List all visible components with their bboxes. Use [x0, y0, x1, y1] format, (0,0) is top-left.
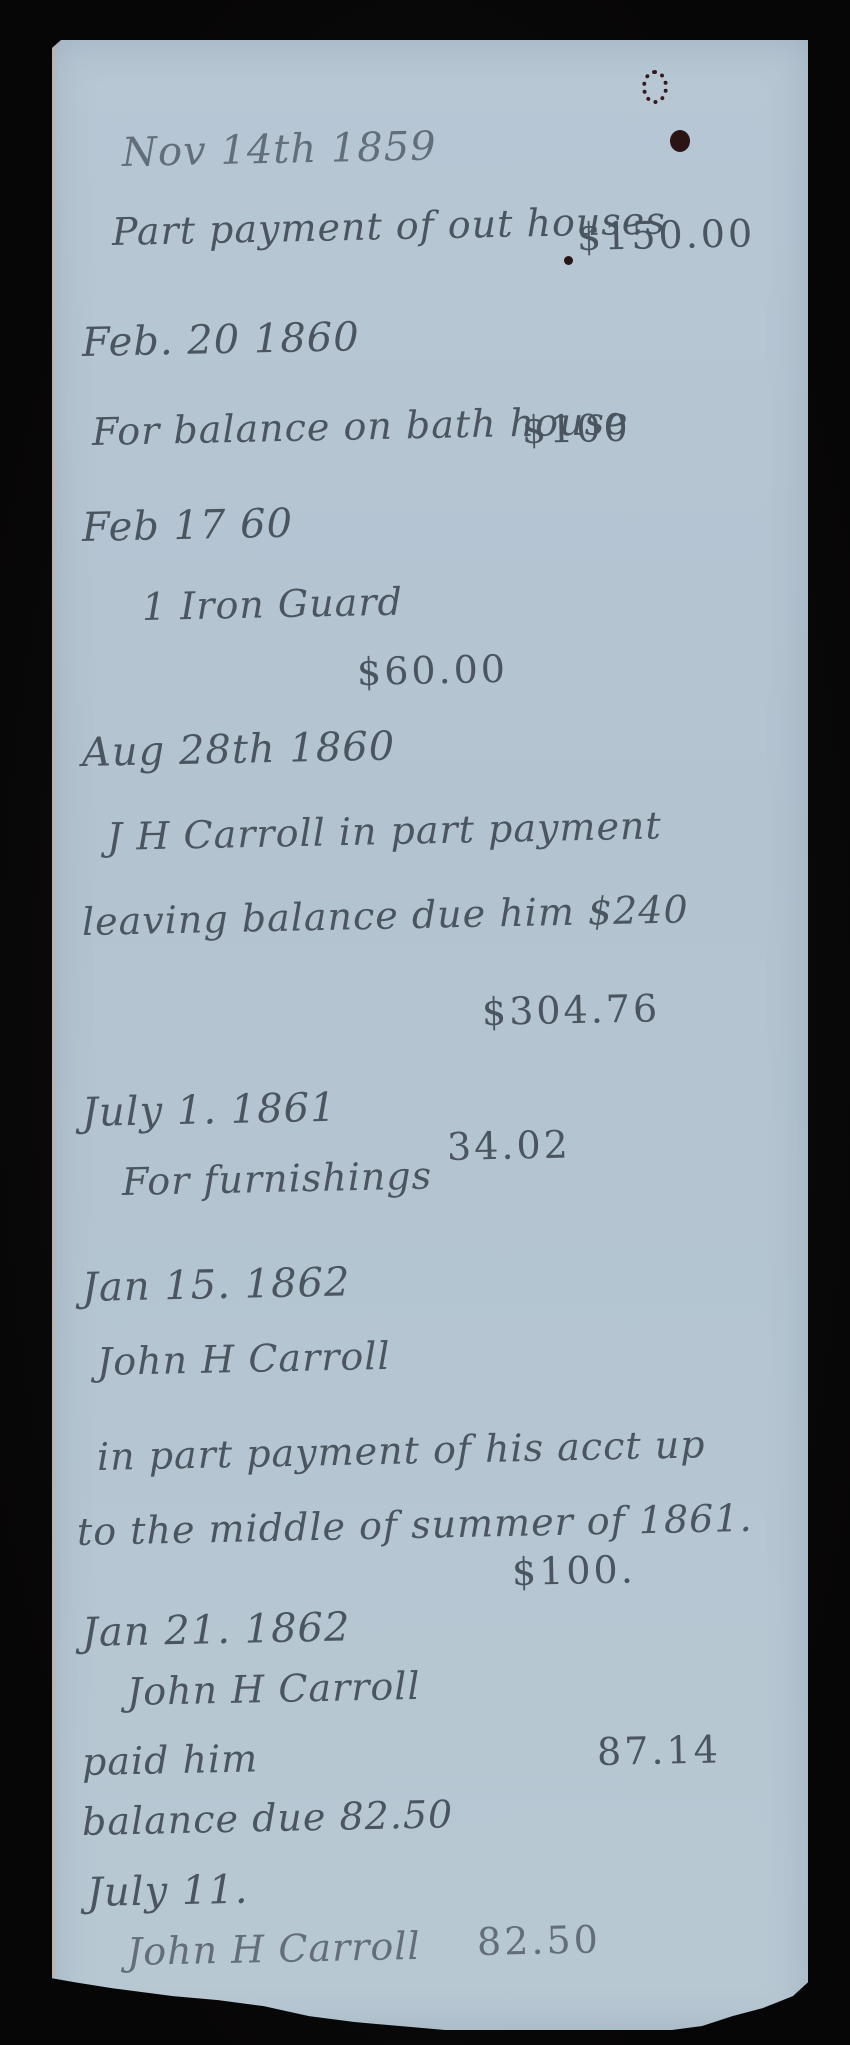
entry-1-amount: $150.00: [577, 211, 756, 259]
entry-7-amount: 87.14: [597, 1727, 722, 1774]
entry-3-description: 1 Iron Guard: [142, 580, 404, 629]
entry-8-date: July 11.: [87, 1867, 249, 1916]
entry-4-amount: $304.76: [482, 986, 661, 1034]
entry-8-description: John H Carroll: [127, 1924, 421, 1974]
ink-stain-ring: [642, 70, 668, 104]
entry-3-date: Feb 17 60: [82, 501, 294, 551]
entry-2-date: Feb. 20 1860: [82, 314, 361, 366]
entry-5-amount: 34.02: [447, 1122, 572, 1169]
entry-7-date: Jan 21. 1862: [82, 1604, 351, 1656]
entry-4-description-line-2: leaving balance due him $240: [82, 887, 690, 944]
entry-3-amount: $60.00: [357, 647, 509, 694]
entry-6-description-line-2: in part payment of his acct up: [97, 1422, 706, 1479]
entry-6-description-line-1: John H Carroll: [97, 1334, 391, 1384]
entry-7-description-line-2: paid him: [82, 1736, 259, 1784]
entry-6-amount: $100.: [512, 1547, 637, 1594]
entry-5-date: July 1. 1861: [82, 1085, 337, 1136]
entry-1-date: Nov 14th 1859: [122, 123, 438, 176]
entry-4-description-line-1: J H Carroll in part payment: [107, 803, 663, 859]
entry-2-amount: $100: [522, 406, 632, 452]
entry-6-date: Jan 15. 1862: [82, 1259, 351, 1311]
entry-5-description: For furnishings: [122, 1154, 433, 1204]
entry-8-amount: 82.50: [477, 1917, 602, 1964]
entry-7-description-line-1: John H Carroll: [127, 1664, 421, 1714]
ink-stain-dot-small: [564, 256, 573, 265]
entry-6-description-line-3: to the middle of summer of 1861.: [77, 1496, 753, 1554]
entry-7-description-line-3: balance due 82.50: [82, 1792, 454, 1844]
entry-4-date: Aug 28th 1860: [82, 723, 396, 776]
ledger-slip: Nov 14th 1859 Part payment of out houses…: [52, 40, 808, 2030]
ink-stain-dot: [670, 130, 690, 152]
